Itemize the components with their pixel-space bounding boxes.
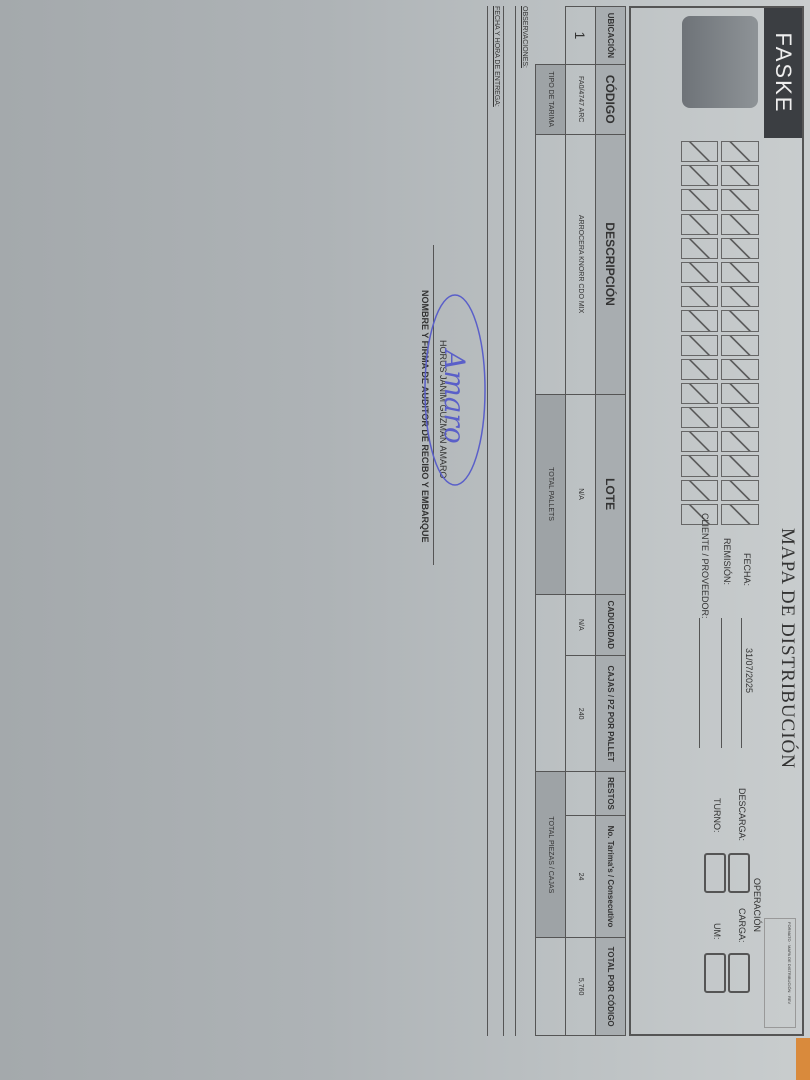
logo-text: FASKE bbox=[770, 33, 796, 114]
col-cajas: CAJAS / PZ POR PALLET bbox=[596, 655, 626, 771]
pallet-slot bbox=[681, 407, 719, 428]
carga-label: CARGA: bbox=[737, 908, 747, 943]
observaciones-label: OBSERVACIONES: bbox=[521, 6, 528, 68]
turno-label: TURNO: bbox=[712, 798, 722, 833]
pallet-slot bbox=[681, 359, 719, 380]
cliente-label: CLIENTE / PROVEEDOR: bbox=[700, 513, 710, 619]
pallet-slot bbox=[681, 310, 719, 331]
pallet-slot bbox=[722, 238, 760, 259]
header-section: FASKE MAPA DE DISTRIBUCIÓN FECHA: 31/07/… bbox=[629, 6, 804, 1036]
faske-logo: FASKE bbox=[764, 8, 802, 138]
pallet-slot bbox=[722, 286, 760, 307]
turno-box[interactable] bbox=[704, 853, 726, 893]
pallet-slot bbox=[722, 359, 760, 380]
table-header-row: UBICACIÓN CÓDIGO DESCRIPCIÓN LOTE CADUCI… bbox=[596, 7, 626, 1036]
pallet-slot bbox=[722, 165, 760, 186]
form-code: FORMATO · MAPA DE DISTRIBUCIÓN · REV bbox=[764, 918, 796, 1028]
truck-icon bbox=[682, 16, 758, 108]
pallet-slot bbox=[722, 407, 760, 428]
fecha-entrega-label: FECHA Y HORA DE ENTREGA: bbox=[493, 6, 500, 107]
col-tarimas: No. Tarima's / Consecutivo bbox=[596, 815, 626, 938]
pallet-slot bbox=[681, 480, 719, 501]
pallet-slot bbox=[681, 383, 719, 404]
pallet-slot bbox=[681, 335, 719, 356]
fecha-label: FECHA: bbox=[742, 553, 752, 586]
pallet-slot bbox=[681, 262, 719, 283]
descarga-label: DESCARGA: bbox=[737, 788, 747, 841]
distribution-table: UBICACIÓN CÓDIGO DESCRIPCIÓN LOTE CADUCI… bbox=[535, 6, 626, 1036]
operacion-label: OPERACIÓN bbox=[752, 878, 762, 932]
table-row: 1 FA0/4747 ARC ARROCERA KNORR CDO MIX N/… bbox=[566, 7, 596, 1036]
pallet-slot bbox=[722, 335, 760, 356]
total-piezas-label: TOTAL PIEZAS / CAJAS bbox=[536, 772, 566, 938]
um-box[interactable] bbox=[704, 953, 726, 993]
col-total: TOTAL POR CÓDIGO bbox=[596, 938, 626, 1036]
pallet-slot bbox=[722, 455, 760, 476]
pallet-slot bbox=[722, 504, 760, 525]
pallet-slot bbox=[722, 214, 760, 235]
cell-codigo: FA0/4747 ARC bbox=[566, 64, 596, 134]
total-pallets-label: TOTAL PALLETS bbox=[536, 394, 566, 594]
pallet-slot bbox=[681, 238, 719, 259]
cell-total: 5,760 bbox=[566, 938, 596, 1036]
pallet-slot bbox=[722, 141, 760, 162]
col-descripcion: DESCRIPCIÓN bbox=[596, 134, 626, 394]
col-lote: LOTE bbox=[596, 394, 626, 594]
cell-caducidad: N/A bbox=[566, 594, 596, 655]
col-codigo: CÓDIGO bbox=[596, 64, 626, 134]
cell-ubicacion: 1 bbox=[566, 7, 596, 65]
pallet-grid bbox=[678, 138, 762, 528]
table-footer-row: TIPO DE TARIMA TOTAL PALLETS TOTAL PIEZA… bbox=[536, 7, 566, 1036]
total-piezas-value bbox=[536, 938, 566, 1036]
pallet-slot bbox=[722, 262, 760, 283]
fecha-value: 31/07/2025 bbox=[744, 648, 754, 693]
cell-descripcion: ARROCERA KNORR CDO MIX bbox=[566, 134, 596, 394]
distribution-map-document: FASKE MAPA DE DISTRIBUCIÓN FECHA: 31/07/… bbox=[10, 0, 810, 1060]
total-pallets-value bbox=[536, 594, 566, 772]
pallet-slot bbox=[681, 431, 719, 452]
descarga-box[interactable] bbox=[728, 853, 750, 893]
cell-cajas: 240 bbox=[566, 655, 596, 771]
signature-icon: Amaro bbox=[410, 290, 500, 490]
pallet-slot bbox=[681, 141, 719, 162]
col-restos: RESTOS bbox=[596, 772, 626, 815]
pallet-slot bbox=[722, 480, 760, 501]
cell-tarimas: 24 bbox=[566, 815, 596, 938]
pallet-slot bbox=[681, 455, 719, 476]
col-caducidad: CADUCIDAD bbox=[596, 594, 626, 655]
pallet-slot bbox=[681, 286, 719, 307]
carga-box[interactable] bbox=[728, 953, 750, 993]
svg-text:Amaro: Amaro bbox=[438, 347, 471, 444]
pallet-slot bbox=[722, 189, 760, 210]
document-title: MAPA DE DISTRIBUCIÓN bbox=[776, 528, 798, 769]
remision-label: REMISIÓN: bbox=[722, 538, 732, 585]
pallet-slot bbox=[681, 214, 719, 235]
pallet-slot bbox=[722, 310, 760, 331]
pallet-slot bbox=[722, 431, 760, 452]
pallet-slot bbox=[681, 189, 719, 210]
um-label: UM: bbox=[712, 923, 722, 940]
cell-restos bbox=[566, 772, 596, 815]
tipo-tarima-label: TIPO DE TARIMA bbox=[536, 64, 566, 134]
cell-lote: N/A bbox=[566, 394, 596, 594]
pallet-slot bbox=[681, 165, 719, 186]
tipo-tarima-value bbox=[536, 134, 566, 394]
pallet-slot bbox=[722, 383, 760, 404]
col-ubicacion: UBICACIÓN bbox=[596, 7, 626, 65]
